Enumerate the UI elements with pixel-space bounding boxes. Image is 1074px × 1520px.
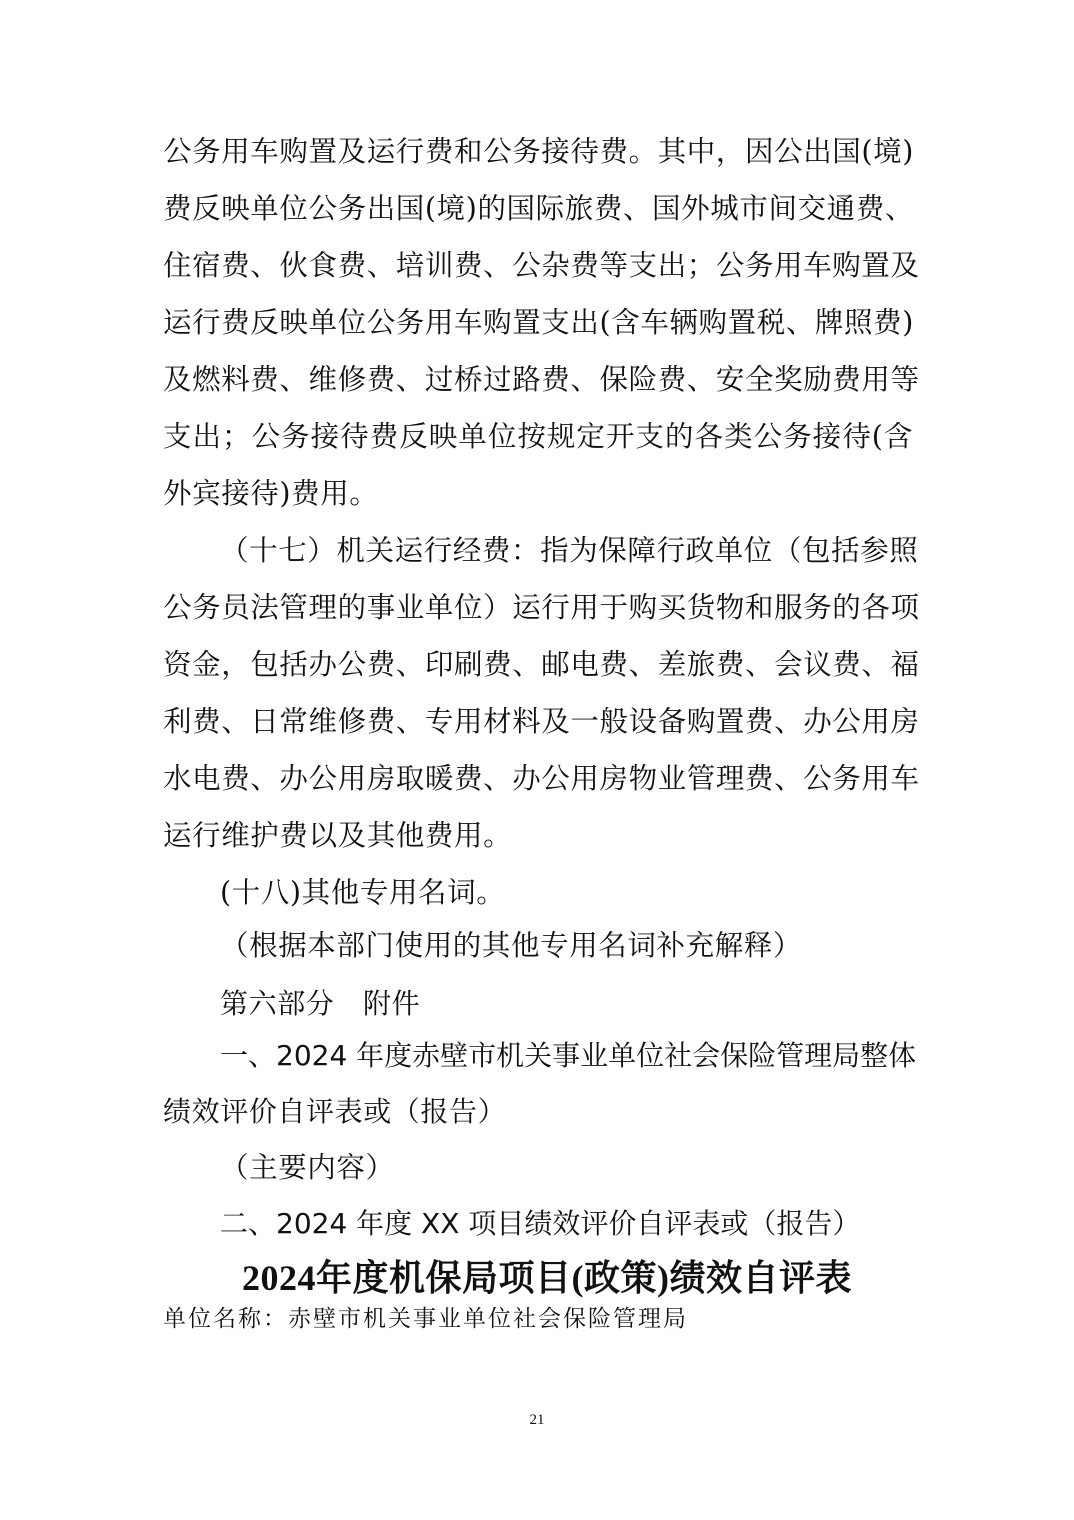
- paragraph-16-line-3: 住宿费、伙食费、培训费、公杂费等支出；公务用车购置及: [163, 246, 913, 286]
- paragraph-17-line-4: 利费、日常维修费、专用材料及一般设备购置费、办公用房: [163, 702, 913, 742]
- table-title: 2024年度机保局项目(政策)绩效自评表: [0, 1255, 1074, 1301]
- paragraph-16-line-6: 支出；公务接待费反映单位按规定开支的各类公务接待(含: [163, 417, 913, 457]
- attachment-1-line-2: 绩效评价自评表或（报告）: [163, 1092, 913, 1132]
- paragraph-17-line-6: 运行维护费以及其他费用。: [163, 816, 913, 856]
- paragraph-18: (十八)其他专用名词。: [220, 873, 970, 913]
- attachment-1-note: （主要内容）: [220, 1148, 970, 1188]
- paragraph-16-line-7: 外宾接待)费用。: [163, 474, 913, 514]
- paragraph-17-line-2: 公务员法管理的事业单位）运行用于购买货物和服务的各项: [163, 588, 913, 628]
- attachment-2: 二、2024 年度 XX 项目绩效评价自评表或（报告）: [220, 1204, 970, 1244]
- paragraph-17-line-5: 水电费、办公用房取暖费、办公用房物业管理费、公务用车: [163, 759, 913, 799]
- paragraph-16-line-5: 及燃料费、维修费、过桥过路费、保险费、安全奖励费用等: [163, 360, 913, 400]
- part-six-heading: 第六部分 附件: [220, 984, 970, 1024]
- paragraph-17-line-3: 资金，包括办公费、印刷费、邮电费、差旅费、会议费、福: [163, 645, 913, 685]
- page-number: 21: [0, 1410, 1074, 1430]
- paragraph-17-line-1: （十七）机关运行经费：指为保障行政单位（包括参照: [220, 531, 913, 571]
- document-page: 公务用车购置及运行费和公务接待费。其中，因公出国(境) 费反映单位公务出国(境)…: [0, 0, 1074, 1520]
- paragraph-16-line-4: 运行费反映单位公务用车购置支出(含车辆购置税、牌照费): [163, 303, 913, 343]
- paragraph-16-line-2: 费反映单位公务出国(境)的国际旅费、国外城市间交通费、: [163, 189, 913, 229]
- attachment-1-line-1: 一、2024 年度赤壁市机关事业单位社会保险管理局整体: [220, 1036, 913, 1076]
- paragraph-16-line-1: 公务用车购置及运行费和公务接待费。其中，因公出国(境): [163, 132, 913, 172]
- paragraph-18-note: （根据本部门使用的其他专用名词补充解释）: [220, 926, 970, 966]
- unit-name: 单位名称：赤壁市机关事业单位社会保险管理局: [163, 1302, 688, 1336]
